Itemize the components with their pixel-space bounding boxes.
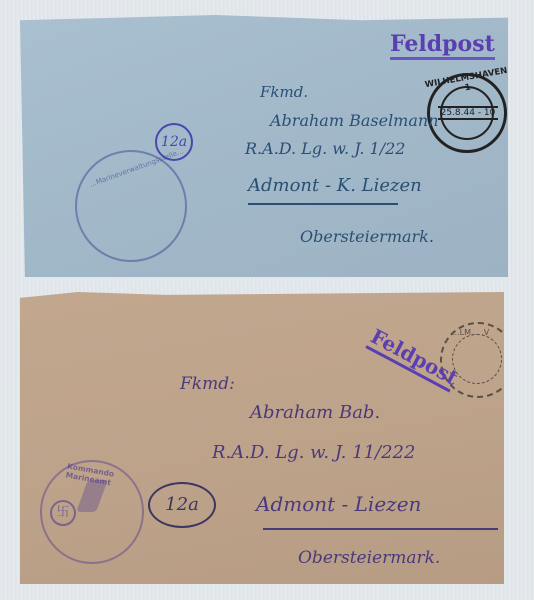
address-line-1: Fkmd: [180,374,235,394]
official-seal: ...Marineverwaltungsstelle... [75,150,187,262]
address-underline [263,528,498,530]
address-line-4: Admont - K. Liezen [248,175,422,196]
address-line-3: R.A.D. Lg. w. J. 1/22 [245,139,405,158]
feldpost-stamp: Feldpost [390,31,495,60]
eagle-icon [76,480,108,512]
circled-mark: 12a [148,482,216,528]
envelope-brown: ...LM... .V Feldpost Kommando Marineamt … [20,292,504,584]
postmark-date: 25.8.44 - 10 [438,106,498,120]
address-line-2: Abraham Baselmann [270,111,439,130]
address-line-1: Fkmd. [260,83,308,101]
envelope-blue: Feldpost WILHELMSHAVEN 1 25.8.44 - 10 12… [20,15,508,277]
address-line-5: Obersteiermark. [300,227,434,246]
address-line-3: R.A.D. Lg. w. J. 11/222 [212,442,415,463]
address-underline [248,203,398,205]
address-line-2: Abraham Bab. [250,402,380,423]
address-line-4: Admont - Liezen [256,492,421,516]
postmark-inner-ring [452,334,502,384]
official-seal: Kommando Marineamt 卐 [40,460,144,564]
postmark-wilhelmshaven: WILHELMSHAVEN 1 25.8.44 - 10 [427,73,507,153]
address-line-5: Obersteiermark. [298,548,440,568]
seal-emblem-icon: 卐 [50,500,76,526]
postmark-ring-text: ...LM... .V [452,328,489,337]
seal-text: ...Marineverwaltungsstelle... [89,147,185,188]
